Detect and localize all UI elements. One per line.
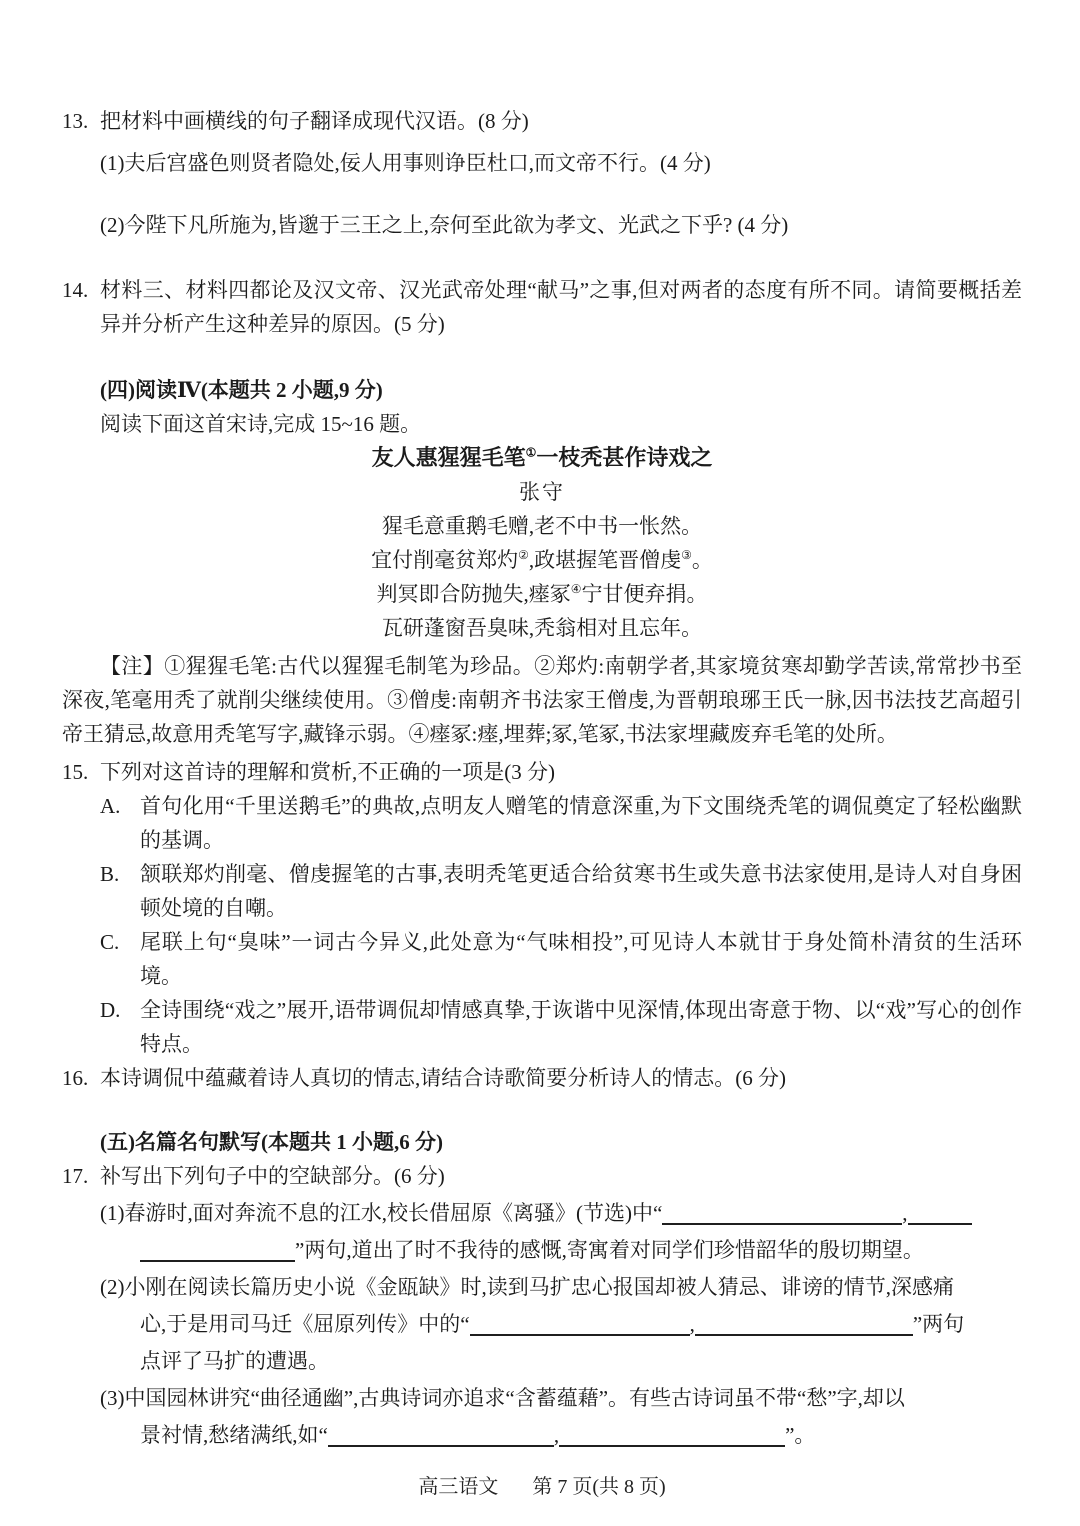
exam-page: 13. 把材料中画横线的句子翻译成现代汉语。(8 分) (1)夫后宫盛色则贤者隐…	[0, 0, 1080, 1526]
option-c-text: 尾联上句“臭味”一词古今异义,此处意为“气味相投”,可见诗人本就甘于身处简朴清贫…	[140, 930, 1022, 988]
option-d-label: D.	[100, 993, 120, 1027]
question-15-number: 15.	[62, 755, 88, 789]
question-13-stem: 13. 把材料中画横线的句子翻译成现代汉语。(8 分)	[62, 104, 1022, 138]
item-1-text-a: (1)春游时,面对奔流不息的江水,校长借屈原《离骚》(节选)中“	[100, 1201, 662, 1225]
poem-line-1: 猩毛意重鹅毛赠,老不中书一怅然。	[62, 509, 1022, 543]
section-iv-intro: 阅读下面这首宋诗,完成 15~16 题。	[100, 407, 1022, 441]
item-1-text-b: ”两句,道出了时不我待的感慨,寄寓着对同学们珍惜韶华的殷切期望。	[295, 1238, 924, 1262]
poem-title-post: 一枝秃甚作诗戏之	[536, 445, 712, 470]
poem-author: 张守	[62, 475, 1022, 509]
item-3-blank-2	[559, 1425, 785, 1447]
poem-line-2: 宜付削毫贫郑灼②,政堪握笔晋僧虔③。	[62, 543, 1022, 577]
option-d-text: 全诗围绕“戏之”展开,语带调侃却情感真挚,于诙谐中见深情,体现出寄意于物、以“戏…	[140, 998, 1022, 1056]
item-2-line-3: 点评了马扩的遭遇。	[140, 1343, 1022, 1380]
question-15-option-b: B. 颔联郑灼削毫、僧虔握笔的古事,表明秃笔更适合给贫寒书生或失意书法家使用,是…	[62, 857, 1022, 925]
item-2-blank-1	[470, 1314, 690, 1336]
footer-course-label: 高三语文	[418, 1476, 498, 1498]
question-17-number: 17.	[62, 1159, 88, 1193]
question-17-stem: 17. 补写出下列句子中的空缺部分。(6 分)	[62, 1159, 1022, 1193]
poem-block: 友人惠猩猩毛笔①一枝秃甚作诗戏之 张守 猩毛意重鹅毛赠,老不中书一怅然。 宜付削…	[62, 441, 1022, 645]
question-14-number: 14.	[62, 273, 88, 307]
question-13-sub-2: (2)今陛下凡所施为,皆邈于三王之上,奈何至此欲为孝文、光武之下乎? (4 分)	[100, 208, 1022, 242]
option-a-text: 首句化用“千里送鹅毛”的典故,点明友人赠笔的情意深重,为下文围绕秃笔的调侃奠定了…	[140, 794, 1022, 852]
item-2-text-b: ”两句	[913, 1312, 964, 1336]
item-3-blank-1	[328, 1425, 554, 1447]
option-b-text: 颔联郑灼削毫、僧虔握笔的古事,表明秃笔更适合给贫寒书生或失意书法家使用,是诗人对…	[140, 862, 1022, 920]
option-c-label: C.	[100, 925, 119, 959]
item-3-text-a: 景衬情,愁绪满纸,如“	[140, 1423, 328, 1447]
item-2-blank-2	[695, 1314, 913, 1336]
section-iv-heading: (四)阅读Ⅳ(本题共 2 小题,9 分)	[100, 373, 1022, 407]
poem-note-mark-2: ②	[518, 548, 529, 562]
poem-line-2-text: 宜付削毫贫郑灼	[371, 548, 518, 572]
poem-line-4: 瓦研蓬窗吾臭味,秃翁相对且忘年。	[62, 611, 1022, 645]
item-1-blank-2a	[908, 1203, 972, 1225]
question-13-number: 13.	[62, 104, 88, 138]
question-15-stem: 15. 下列对这首诗的理解和赏析,不正确的一项是(3 分)	[62, 755, 1022, 789]
question-15-text: 下列对这首诗的理解和赏析,不正确的一项是(3 分)	[100, 760, 555, 784]
option-a-label: A.	[100, 789, 120, 823]
option-b-label: B.	[100, 857, 119, 891]
question-14-text: 材料三、材料四都论及汉文帝、汉光武帝处理“献马”之事,但对两者的态度有所不同。请…	[100, 278, 1022, 336]
poem-note-mark-3: ③	[681, 548, 692, 562]
question-17-text: 补写出下列句子中的空缺部分。(6 分)	[100, 1164, 445, 1188]
poem-line-3-text-b: 宁甘便弃捐。	[582, 582, 708, 606]
question-13-sub-1: (1)夫后宫盛色则贤者隐处,佞人用事则诤臣杜口,而文帝不行。(4 分)	[100, 146, 1022, 180]
item-1-blank-1	[662, 1203, 902, 1225]
poem-line-3-text: 判冥即合防抛失,瘗冢	[376, 582, 570, 606]
poem-title-pre: 友人惠猩猩毛笔	[372, 445, 526, 470]
question-15-option-d: D. 全诗围绕“戏之”展开,语带调侃却情感真挚,于诙谐中见深情,体现出寄意于物、…	[62, 993, 1022, 1061]
poem-note-mark-4: ④	[571, 582, 582, 596]
question-13-text: 把材料中画横线的句子翻译成现代汉语。(8 分)	[100, 109, 529, 133]
item-2-line-1: (2)小刚在阅读长篇历史小说《金瓯缺》时,读到马扩忠心报国却被人猜忌、诽谤的情节…	[100, 1269, 1022, 1306]
question-17-item-3: (3)中国园林讲究“曲径通幽”,古典诗词亦追求“含蓄蕴藉”。有些古诗词虽不带“愁…	[62, 1380, 1022, 1454]
footer-page-number: 第 7 页(共 8 页)	[532, 1476, 665, 1498]
question-17-item-2: (2)小刚在阅读长篇历史小说《金瓯缺》时,读到马扩忠心报国却被人猜忌、诽谤的情节…	[62, 1269, 1022, 1380]
item-3-line-1: (3)中国园林讲究“曲径通幽”,古典诗词亦追求“含蓄蕴藉”。有些古诗词虽不带“愁…	[100, 1380, 1022, 1417]
item-2-text-a: 心,于是用司马迁《屈原列传》中的“	[140, 1312, 470, 1336]
poem-title-note-mark: ①	[526, 446, 537, 460]
poem-line-2-text-c: 。	[692, 548, 713, 572]
question-16-text: 本诗调侃中蕴藏着诗人真切的情志,请结合诗歌简要分析诗人的情志。(6 分)	[100, 1066, 786, 1090]
item-3-text-b: ”。	[785, 1423, 815, 1447]
item-1-blank-2b	[140, 1240, 295, 1262]
page-footer: 高三语文第 7 页(共 8 页)	[62, 1470, 1022, 1504]
poem-line-3: 判冥即合防抛失,瘗冢④宁甘便弃捐。	[62, 577, 1022, 611]
poem-line-2-text-b: ,政堪握笔晋僧虔	[529, 548, 681, 572]
question-14-stem: 14. 材料三、材料四都论及汉文帝、汉光武帝处理“献马”之事,但对两者的态度有所…	[62, 273, 1022, 341]
question-16-number: 16.	[62, 1061, 88, 1095]
section-v-heading: (五)名篇名句默写(本题共 1 小题,6 分)	[100, 1125, 1022, 1159]
question-15-option-a: A. 首句化用“千里送鹅毛”的典故,点明友人赠笔的情意深重,为下文围绕秃笔的调侃…	[62, 789, 1022, 857]
question-15-option-c: C. 尾联上句“臭味”一词古今异义,此处意为“气味相投”,可见诗人本就甘于身处简…	[62, 925, 1022, 993]
poem-title: 友人惠猩猩毛笔①一枝秃甚作诗戏之	[62, 441, 1022, 475]
poem-notes: 【注】①猩猩毛笔:古代以猩猩毛制笔为珍品。②郑灼:南朝学者,其家境贫寒却勤学苦读…	[62, 649, 1022, 751]
question-17-item-1: (1)春游时,面对奔流不息的江水,校长借屈原《离骚》(节选)中“, ”两句,道出…	[62, 1195, 1022, 1269]
question-16-stem: 16. 本诗调侃中蕴藏着诗人真切的情志,请结合诗歌简要分析诗人的情志。(6 分)	[62, 1061, 1022, 1095]
